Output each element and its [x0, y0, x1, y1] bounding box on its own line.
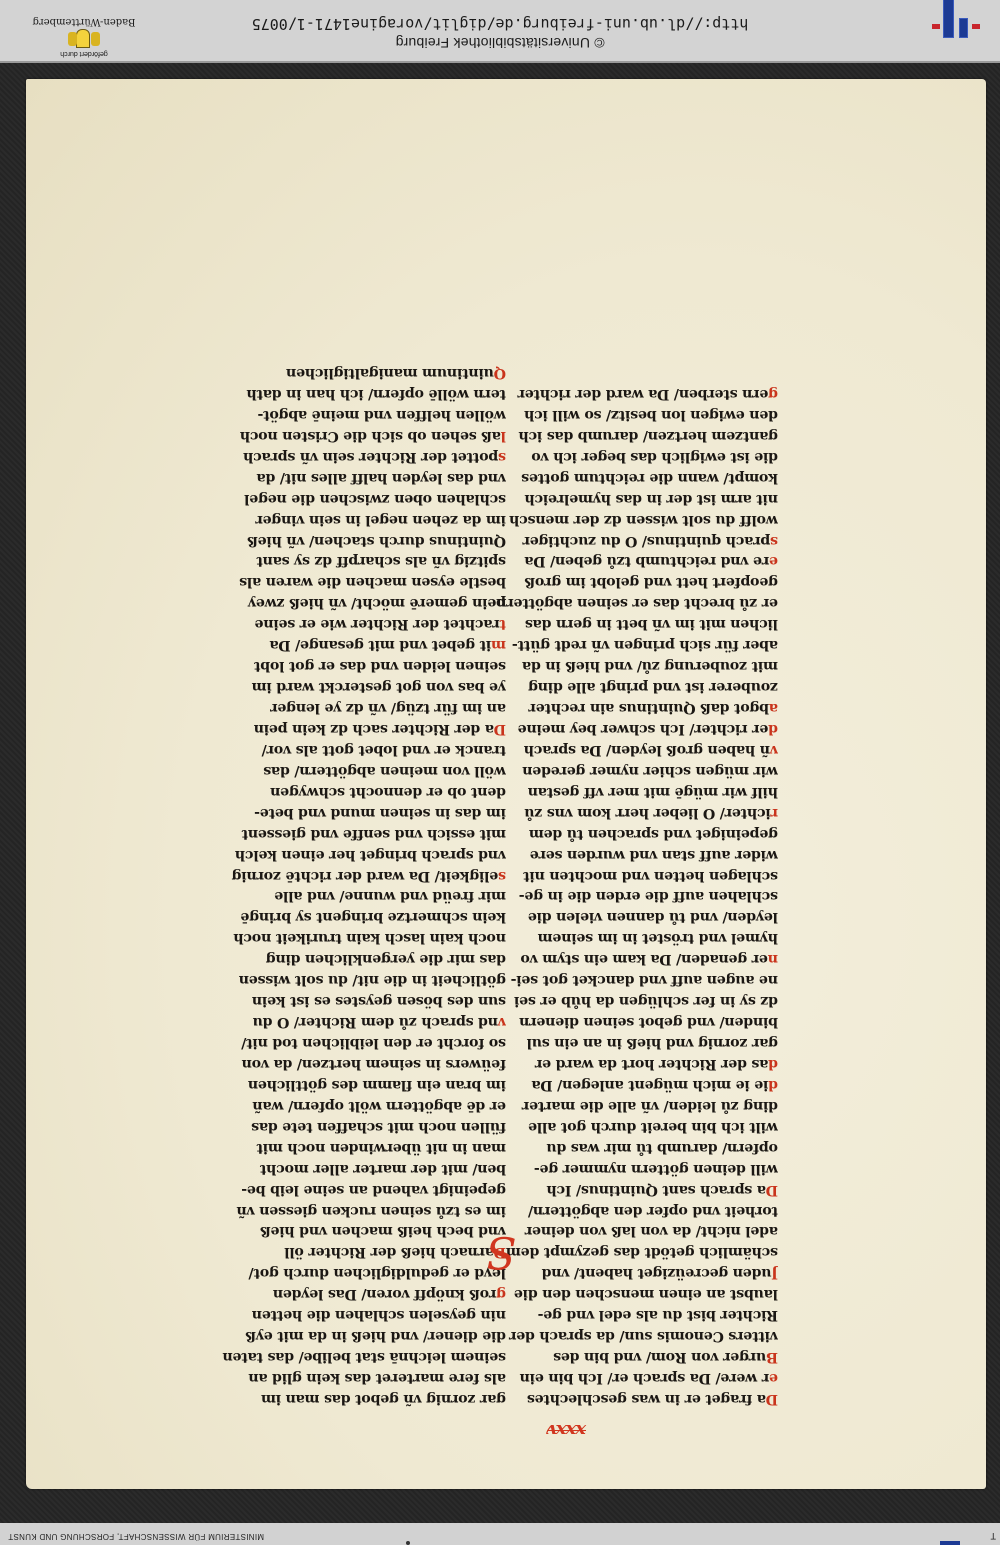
manuscript-line: seligkeit/ Da ward der richtē zornig: [206, 865, 506, 886]
manuscript-line: spottet der Richter sein vñ sprach: [206, 446, 506, 467]
text-column-left: Da fraget er in was geschlechteser were/…: [478, 383, 778, 1409]
manuscript-line: mir freüd vnd wunne/ vnd alle: [206, 886, 506, 907]
manuscript-line: dent ob er dennocht schwygen: [206, 781, 506, 802]
rubricated-initial: v: [770, 742, 778, 758]
manuscript-line: er were/ Da sprach er/ Ich bin ein: [478, 1367, 778, 1388]
manuscript-line: hilf wir mügē mit mer vff gestan: [478, 781, 778, 802]
manuscript-line: vnd bech heiß machen vnd hieß: [206, 1221, 506, 1242]
rubricated-initial: e: [769, 554, 778, 570]
manuscript-line: Richter bist du als edel vnd ge-: [478, 1304, 778, 1325]
manuscript-line: nit arm ist der in das hymelreich: [478, 488, 778, 509]
manuscript-line: laß sehen ob sich die Cristen noch: [206, 425, 506, 446]
manuscript-line: opfern/ darumb tů mir was du: [478, 1137, 778, 1158]
manuscript-line: geopfert hett vnd gelobt im groß: [478, 572, 778, 593]
manuscript-line: feüwers in seinem hertzen/ da von: [206, 1053, 506, 1074]
manuscript-line: wir mügen schier nymer gereden: [478, 760, 778, 781]
manuscript-line: vñ haben groß leyden/ Da sprach: [478, 739, 778, 760]
scan-mark: [406, 1541, 410, 1545]
ministry-label: MINISTERIUM FÜR WISSENSCHAFT, FORSCHUNG …: [8, 1532, 264, 1541]
manuscript-line: schlagen hetten vnd mochten nit: [478, 865, 778, 886]
manuscript-line: Da fraget er in was geschlechtes: [478, 1388, 778, 1409]
manuscript-line: abgot daß Quintinus ain rechter: [478, 697, 778, 718]
manuscript-line: götlicheit in die nit/ du solt wissen: [206, 969, 506, 990]
manuscript-line: Quintinum manigaltiglichen: [206, 362, 506, 383]
manuscript-line: wöllen helffen vnd meinē abgöt-: [206, 404, 506, 425]
manuscript-line: mit essich vnd senffe vnd giessent: [206, 823, 506, 844]
manuscript-line: gepeiniget vnd sprachen tů dem: [478, 823, 778, 844]
manuscript-line: bestle eysen machen die waren als: [206, 572, 506, 593]
manuscript-line: Da sprach sant Quintinus/ Ich: [478, 1179, 778, 1200]
decorated-initial: S: [486, 1229, 516, 1273]
manuscript-line: ye bas von got gesterckt ward im: [206, 676, 506, 697]
manuscript-line: vitters Cenomis sun/ da sprach der: [478, 1325, 778, 1346]
manuscript-line: an im für tzüg/ vñ dz ye lenger: [206, 697, 506, 718]
rubricated-initial: s: [770, 533, 778, 549]
library-footer: © Universitätsbibliothek Freiburg http:/…: [0, 0, 1000, 63]
manuscript-line: pein gemerē möcht/ vñ hieß zwey: [206, 592, 506, 613]
manuscript-line: vnd das leyden halff alles nit/ da: [206, 467, 506, 488]
manuscript-line: die diener/ vnd hieß in da mit eyß: [206, 1325, 506, 1346]
rubricated-initial: m: [491, 637, 506, 653]
manuscript-line: nin geyselen schlahen die hetten: [206, 1304, 506, 1325]
manuscript-line: laubst an einen menschen den die: [478, 1283, 778, 1304]
manuscript-line: gern sterben/ Da ward der richter: [478, 383, 778, 404]
manuscript-line: im das in seinen mund vnd bete-: [206, 802, 506, 823]
rubricated-initial: D: [766, 1391, 778, 1407]
manuscript-line: ne augen auff vnd dancket got sei-: [478, 969, 778, 990]
funded-by-label: gefördert durch: [14, 50, 154, 57]
manuscript-line: kompt/ wann die reichtum gottes: [478, 467, 778, 488]
manuscript-line: will deinen göttern nymmer ge-: [478, 1158, 778, 1179]
manuscript-line: sun des bösen geystes es ist kein: [206, 990, 506, 1011]
manuscript-line: groß knöpff voren/ Das leyden: [206, 1283, 506, 1304]
manuscript-line: den ewigen lon besitz/ so will ich: [478, 404, 778, 425]
manuscript-line: binden/ vnd gebot seinen dienern: [478, 1011, 778, 1032]
manuscript-line: vnd sprach bringet her einen kelch: [206, 844, 506, 865]
rubricated-initial: d: [768, 1077, 778, 1093]
manuscript-line: richter/ O lieber herr kom vns zů: [478, 802, 778, 823]
manuscript-line: gantzem hertzen/ darumb das ich: [478, 425, 778, 446]
manuscript-line: zouberer ist vnd pringt alle ding: [478, 676, 778, 697]
manuscript-line: der richter/ Ich schwer bey meine: [478, 718, 778, 739]
manuscript-line: seinem leichnā stat belibe/ das taten: [206, 1346, 506, 1367]
manuscript-line: das der Richter hort da ward er: [478, 1053, 778, 1074]
manuscript-line: schlahen oben zwischen die negel: [206, 488, 506, 509]
rubricated-initial: t: [500, 616, 506, 632]
manuscript-line: noch kain lasch kain trurikeit noch: [206, 927, 506, 948]
rubricated-initial: B: [766, 1349, 778, 1365]
manuscript-line: hymel vnd tröstet in im seinem: [478, 927, 778, 948]
page-mark: T: [991, 1531, 997, 1541]
blue-tab-mark: [940, 1541, 960, 1545]
scanner-backdrop: xxxv Da fraget er in was geschlechteser …: [0, 63, 1000, 1523]
manuscript-line: wider auff stan vnd wurden sere: [478, 844, 778, 865]
manuscript-line: spitzig vñ als scharpff dz sy sant: [206, 551, 506, 572]
funder-name: Baden-Württemberg: [14, 16, 154, 27]
manuscript-line: im bran ein flamm des göttlichen: [206, 1074, 506, 1095]
manuscript-page: xxxv Da fraget er in was geschlechteser …: [26, 79, 986, 1489]
ministry-strip: T MINISTERIUM FÜR WISSENSCHAFT, FORSCHUN…: [0, 1522, 1000, 1545]
manuscript-line: torheit vnd opfer den abgöttern/: [478, 1200, 778, 1221]
rubricated-initial: r: [771, 805, 778, 821]
manuscript-line: mit gebet vnd mit gesange/ Da: [206, 634, 506, 655]
rubricated-initial: J: [772, 1265, 778, 1281]
rubricated-initial: a: [769, 700, 778, 716]
manuscript-line: er dē abgöttern wölt opfern/ wañ: [206, 1095, 506, 1116]
manuscript-line: tern wöllē opfern/ ich han in dath: [206, 383, 506, 404]
text-column-right: gar zornig vñ gebot das man imals fere m…: [206, 362, 506, 1409]
manuscript-line: wilt ich bin bereit durch got alle: [478, 1116, 778, 1137]
rubricated-initial: D: [494, 721, 506, 737]
manuscript-line: gepeinigt vahend an seine leib be-: [206, 1179, 506, 1200]
manuscript-line: Burger von Rom/ vnd bin des: [478, 1346, 778, 1367]
manuscript-line: gar zornig vnd hieß in an ein sul: [478, 1032, 778, 1053]
manuscript-line: wolff du solt wissen dz der mensch: [478, 509, 778, 530]
rubricated-initial: D: [766, 1182, 778, 1198]
manuscript-line: dz sy in fer schlügen da hůb er sei: [478, 990, 778, 1011]
manuscript-line: die ist ewiglich das beger ich vo: [478, 446, 778, 467]
manuscript-line: im da zehen negel in sein vinger: [206, 509, 506, 530]
rubricated-initial: v: [498, 1014, 506, 1030]
manuscript-line: adel nicht/ da von laß von deiner: [478, 1221, 778, 1242]
manuscript-line: seinen leiden vnd das er got lobt: [206, 655, 506, 676]
manuscript-line: Da der Richter sach dz kein pein: [206, 718, 506, 739]
manuscript-line: Juden gecreüziget habent/ vnd: [478, 1262, 778, 1283]
baden-wuerttemberg-crest-icon: [66, 29, 102, 49]
manuscript-line: wöll von meinen abgöttern/ das: [206, 760, 506, 781]
rubricated-initial: n: [768, 951, 778, 967]
manuscript-line: ere vnd reichtumb tzů geben/ Da: [478, 551, 778, 572]
manuscript-line: ner genaden/ Da kam ein stym vo: [478, 948, 778, 969]
rubricated-initial: Q: [494, 365, 506, 381]
manuscript-line: tranck er vnd lobet gott als vor/: [206, 739, 506, 760]
manuscript-line: schämlich getödt das gezympt dem: [478, 1242, 778, 1263]
manuscript-line: schlahen auff die erden die in ge-: [478, 886, 778, 907]
rubricated-initial: l: [501, 428, 506, 444]
manuscript-line: mit zouberung zů/ vnd hieß in da: [478, 655, 778, 676]
manuscript-line: kein schmertze bringent sy bringē: [206, 907, 506, 928]
manuscript-line: ding zů leiden/ vñ alle die marter: [478, 1095, 778, 1116]
manuscript-line: füllen noch mit schaffen tete das: [206, 1116, 506, 1137]
manuscript-line: leyden/ vnd tů dannen vielen die: [478, 907, 778, 928]
rubricated-initial: s: [498, 868, 506, 884]
folio-number: xxxv: [547, 1420, 586, 1441]
manuscript-line: trachtet der Richter wie er seine: [206, 613, 506, 634]
manuscript-line: leyd er geduldiglichen durch got/: [206, 1262, 506, 1283]
funder-block: gefördert durch Baden-Württemberg: [14, 16, 154, 57]
rubricated-initial: e: [769, 1370, 778, 1386]
rubricated-initial: g: [768, 386, 778, 402]
manuscript-line: vnd sprach zů dem Richter/ O du: [206, 1011, 506, 1032]
manuscript-line: Darnach hieß der Richter öll: [206, 1242, 506, 1263]
rubricated-initial: s: [498, 449, 506, 465]
manuscript-line: lichen mit im vñ bett in gern das: [478, 613, 778, 634]
manuscript-line: gar zornig vñ gebot das man im: [206, 1388, 506, 1409]
rubricated-initial: d: [768, 721, 778, 737]
manuscript-line: ben/ mit der marter aller mocht: [206, 1158, 506, 1179]
manuscript-line: aber für sich pringen vñ redt gütt-: [478, 634, 778, 655]
manuscript-line: er zů brecht das er seinen abgöttern: [478, 592, 778, 613]
manuscript-line: als fere marteret das kein glid an: [206, 1367, 506, 1388]
scan-viewer-canvas: T MINISTERIUM FÜR WISSENSCHAFT, FORSCHUN…: [0, 0, 1000, 1545]
manuscript-line: das mir die yergenklichen ding: [206, 948, 506, 969]
manuscript-line: man in nit überwinden noch mit: [206, 1137, 506, 1158]
manuscript-line: sprach quintinus/ O du zuchtiger: [478, 530, 778, 551]
rubricated-initial: g: [496, 1286, 506, 1302]
manuscript-line: im es tzů seinen rucken giessen vñ: [206, 1200, 506, 1221]
rubricated-initial: d: [768, 1056, 778, 1072]
manuscript-line: Quintinus durch stachen/ vñ hieß: [206, 530, 506, 551]
manuscript-line: so forcht er den leiblichen tod nit/: [206, 1032, 506, 1053]
manuscript-line: die ie mich mügent anlegen/ Da: [478, 1074, 778, 1095]
